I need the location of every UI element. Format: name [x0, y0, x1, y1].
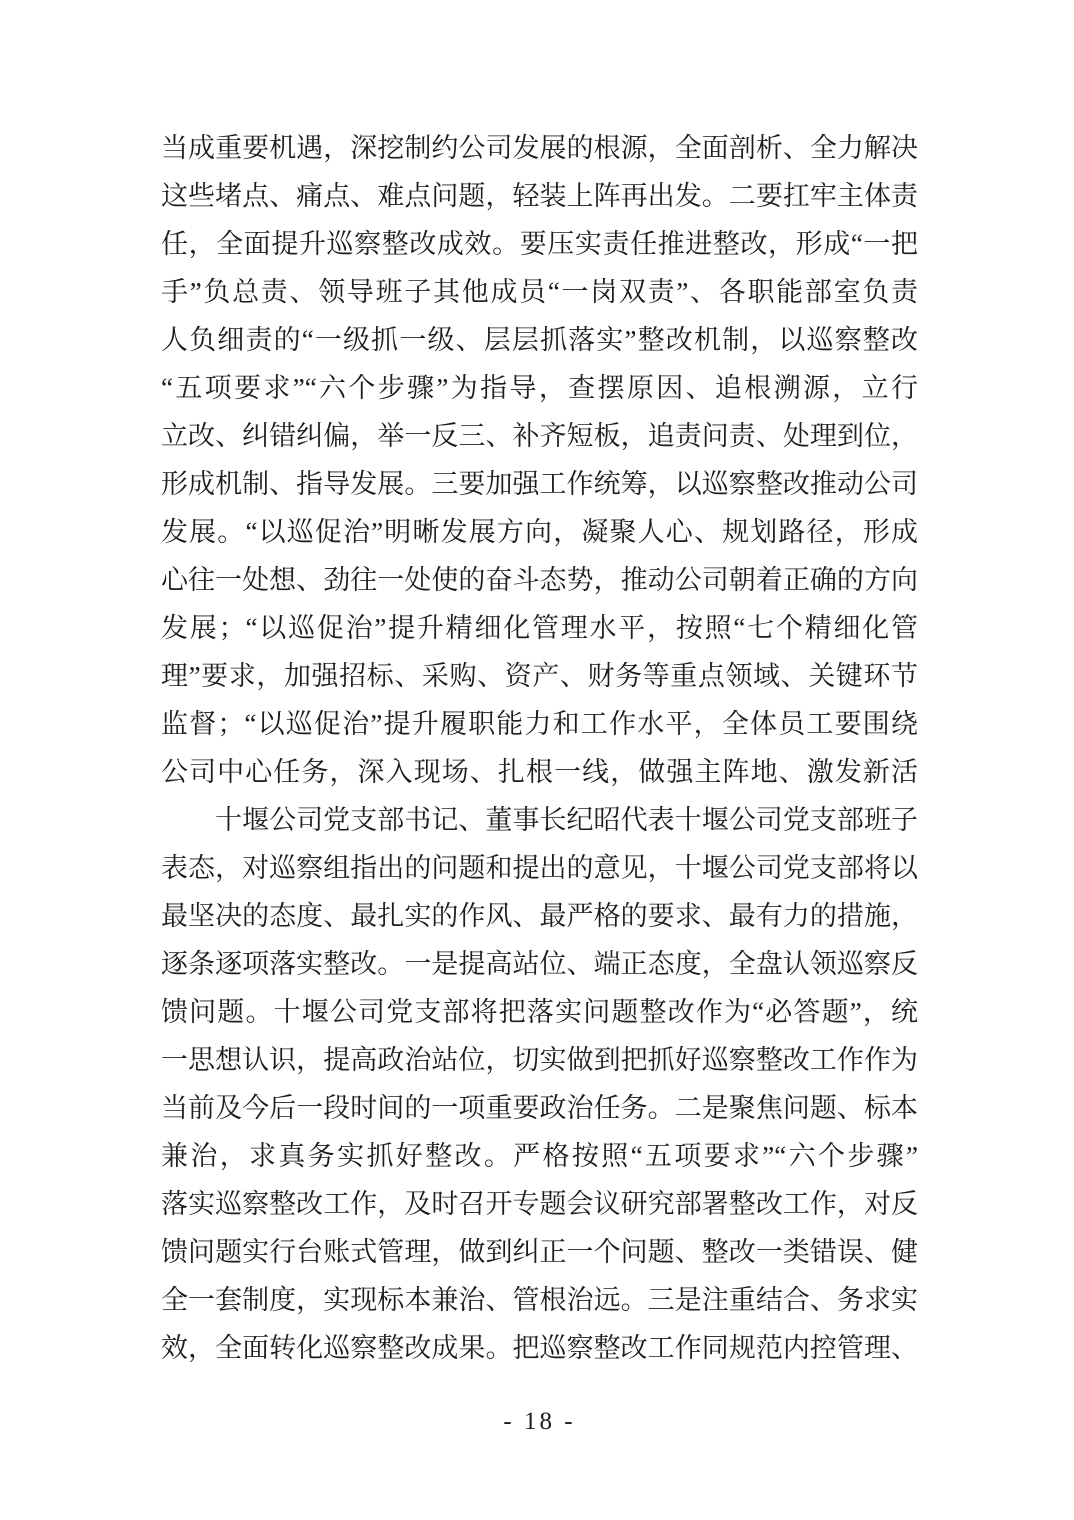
- text-line: 心往一处想、劲往一处使的奋斗态势，推动公司朝着正确的方向: [161, 556, 918, 604]
- document-text-body: 当成重要机遇，深挖制约公司发展的根源，全面剖析、全力解决这些堵点、痛点、难点问题…: [161, 124, 918, 1372]
- text-line: 全一套制度，实现标本兼治、管根治远。三是注重结合、务求实: [161, 1276, 918, 1324]
- text-line: 馈问题实行台账式管理，做到纠正一个问题、整改一类错误、健: [161, 1228, 918, 1276]
- text-line: 馈问题。十堰公司党支部将把落实问题整改作为“必答题”，统: [161, 988, 918, 1036]
- text-line: 发展。“以巡促治”明晰发展方向，凝聚人心、规划路径，形成: [161, 508, 918, 556]
- paragraph: 十堰公司党支部书记、董事长纪昭代表十堰公司党支部班子表态，对巡察组指出的问题和提…: [161, 796, 918, 1372]
- text-line: 立改、纠错纠偏，举一反三、补齐短板，追责问责、处理到位，: [161, 412, 918, 460]
- page-footer: - 18 -: [161, 1405, 918, 1439]
- text-line: 人负细责的“一级抓一级、层层抓落实”整改机制，以巡察整改: [161, 316, 918, 364]
- text-line: 任，全面提升巡察整改成效。要压实责任推进整改，形成“一把: [161, 220, 918, 268]
- text-line: 发展；“以巡促治”提升精细化管理水平，按照“七个精细化管: [161, 604, 918, 652]
- text-line: 最坚决的态度、最扎实的作风、最严格的要求、最有力的措施，: [161, 892, 918, 940]
- text-line: 兼治，求真务实抓好整改。严格按照“五项要求”“六个步骤”: [161, 1132, 918, 1180]
- text-line: 公司中心任务，深入现场、扎根一线，做强主阵地、激发新活力。: [161, 748, 918, 796]
- text-line: 形成机制、指导发展。三要加强工作统筹，以巡察整改推动公司: [161, 460, 918, 508]
- document-page: 当成重要机遇，深挖制约公司发展的根源，全面剖析、全力解决这些堵点、痛点、难点问题…: [0, 0, 1074, 1520]
- text-line: “五项要求”“六个步骤”为指导，查摆原因、追根溯源，立行: [161, 364, 918, 412]
- paragraph: 当成重要机遇，深挖制约公司发展的根源，全面剖析、全力解决这些堵点、痛点、难点问题…: [161, 124, 918, 796]
- text-line: 十堰公司党支部书记、董事长纪昭代表十堰公司党支部班子: [161, 796, 918, 844]
- text-line: 当前及今后一段时间的一项重要政治任务。二是聚焦问题、标本: [161, 1084, 918, 1132]
- text-line: 一思想认识，提高政治站位，切实做到把抓好巡察整改工作作为: [161, 1036, 918, 1084]
- text-line: 落实巡察整改工作，及时召开专题会议研究部署整改工作，对反: [161, 1180, 918, 1228]
- page-number: - 18 -: [503, 1408, 575, 1435]
- text-line: 这些堵点、痛点、难点问题，轻装上阵再出发。二要扛牢主体责: [161, 172, 918, 220]
- text-line: 逐条逐项落实整改。一是提高站位、端正态度，全盘认领巡察反: [161, 940, 918, 988]
- text-line: 手”负总责、领导班子其他成员“一岗双责”、各职能部室负责: [161, 268, 918, 316]
- text-line: 监督；“以巡促治”提升履职能力和工作水平，全体员工要围绕: [161, 700, 918, 748]
- text-line: 表态，对巡察组指出的问题和提出的意见，十堰公司党支部将以: [161, 844, 918, 892]
- text-line: 理”要求，加强招标、采购、资产、财务等重点领域、关键环节: [161, 652, 918, 700]
- text-line: 当成重要机遇，深挖制约公司发展的根源，全面剖析、全力解决: [161, 124, 918, 172]
- text-line: 效，全面转化巡察整改成果。把巡察整改工作同规范内控管理、: [161, 1324, 918, 1372]
